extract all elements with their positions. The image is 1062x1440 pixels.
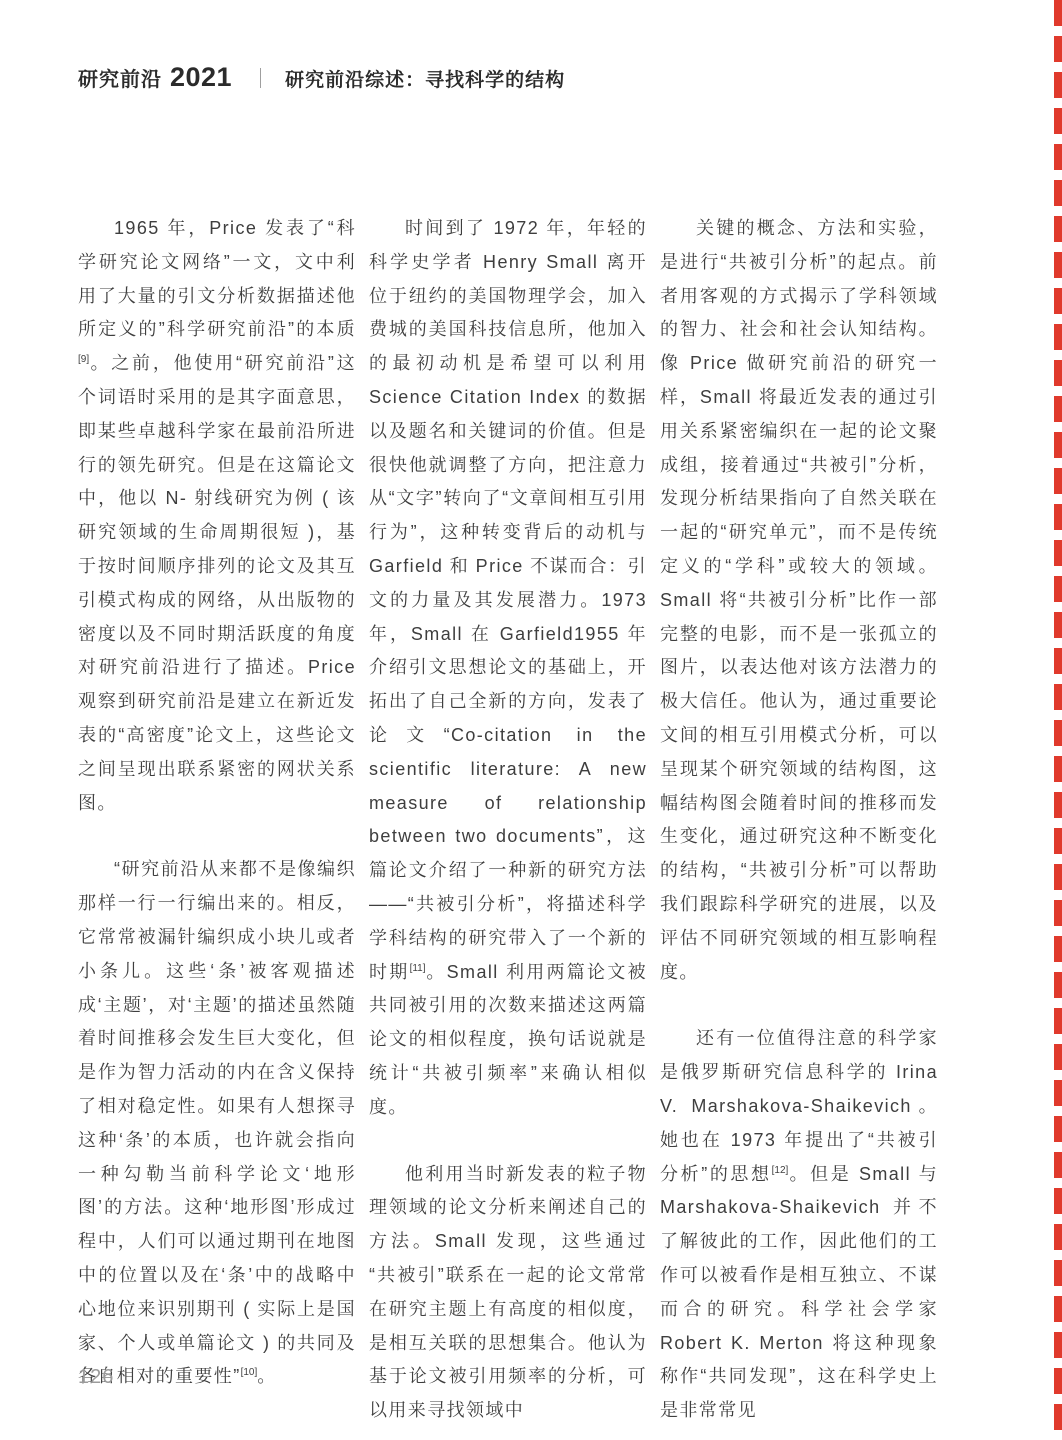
text-columns: 1965 年，Price 发表了“科学研究论文网络”一文，文中利用了大量的引文分…: [78, 212, 938, 1428]
paragraph: 还有一位值得注意的科学家是俄罗斯研究信息科学的 Irina V. Marshak…: [660, 1022, 938, 1428]
footnote-ref: [11]: [410, 963, 426, 974]
document-page: 研究前沿 2021 研究前沿综述：寻找科学的结构 1965 年，Price 发表…: [0, 0, 1062, 1440]
paragraph: “研究前沿从来都不是像编织那样一行一行编出来的。相反，它常常被漏针编织成小块儿或…: [78, 853, 356, 1394]
text-column-3: 关键的概念、方法和实验，是进行“共被引分析”的起点。前者用客观的方式揭示了学科领…: [660, 212, 938, 1428]
section-title: 研究前沿综述：寻找科学的结构: [285, 65, 565, 92]
page-number: 126: [78, 1366, 114, 1389]
paragraph: 关键的概念、方法和实验，是进行“共被引分析”的起点。前者用客观的方式揭示了学科领…: [660, 212, 938, 989]
page-edge-accent-strip: [1054, 0, 1062, 1440]
text-column-2: 时间到了 1972 年，年轻的科学史学者 Henry Small 离开位于纽约的…: [369, 212, 647, 1428]
page-header: 研究前沿 2021 研究前沿综述：寻找科学的结构: [78, 62, 942, 93]
footnote-ref: [9]: [78, 354, 89, 365]
footnote-ref: [12]: [772, 1165, 789, 1176]
header-divider: [260, 68, 261, 88]
report-brand: 研究前沿: [78, 63, 162, 92]
report-year: 2021: [170, 62, 232, 93]
footnote-ref: [10]: [241, 1367, 258, 1378]
paragraph: 他利用当时新发表的粒子物理领域的论文分析来阐述自己的方法。Small 发现，这些…: [369, 1158, 647, 1428]
text-column-1: 1965 年，Price 发表了“科学研究论文网络”一文，文中利用了大量的引文分…: [78, 212, 356, 1428]
paragraph: 1965 年，Price 发表了“科学研究论文网络”一文，文中利用了大量的引文分…: [78, 212, 356, 820]
paragraph: 时间到了 1972 年，年轻的科学史学者 Henry Small 离开位于纽约的…: [369, 212, 647, 1125]
